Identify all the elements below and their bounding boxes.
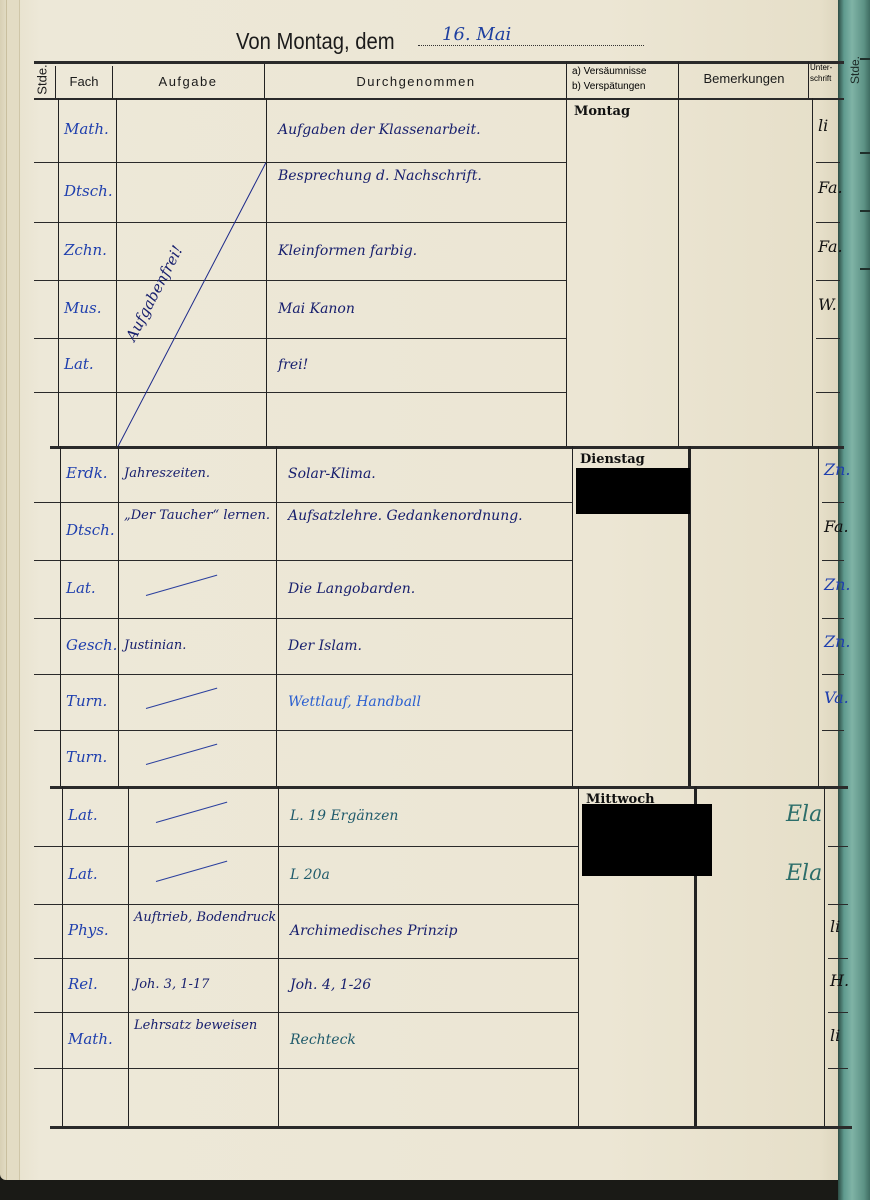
col-header-unterschrift: Unter- schrift	[810, 62, 840, 96]
signature-rule	[816, 280, 840, 281]
row-rule	[34, 846, 578, 847]
row-rule	[34, 674, 572, 675]
signature-rule	[828, 846, 848, 847]
divider	[276, 446, 277, 786]
spine-tick	[860, 152, 870, 154]
day-label-dienstag: Dienstag	[580, 452, 645, 467]
signature-rule	[816, 162, 840, 163]
subject-cell: Phys.	[68, 921, 109, 939]
subject-cell: Rel.	[68, 975, 98, 993]
signature-rule	[822, 674, 844, 675]
divider	[55, 66, 56, 98]
unterschrift-line-2: schrift	[810, 73, 840, 84]
subject-cell: Erdk.	[66, 464, 108, 482]
divider	[62, 786, 63, 1126]
spine-tick	[860, 210, 870, 212]
signature-rule	[828, 1012, 848, 1013]
subject-cell: Dtsch.	[64, 182, 113, 200]
divider	[266, 98, 267, 446]
verspaetungen-label: b) Verspätungen	[572, 79, 672, 94]
divider	[812, 98, 813, 446]
divider	[818, 446, 819, 786]
homework-cell: Joh. 3, 1-17	[134, 975, 278, 995]
subject-cell: Gesch.	[66, 636, 117, 654]
day-label-montag: Montag	[574, 104, 630, 119]
homework-cell: Auftrieb, Bodendruck	[134, 908, 278, 928]
divider	[116, 98, 117, 446]
signature-rule	[828, 1068, 848, 1069]
divider	[128, 786, 129, 1126]
row-rule	[34, 958, 578, 959]
homework-cell: Justinian.	[124, 636, 276, 656]
topic-cell: Aufgaben der Klassenarbeit.	[278, 120, 562, 140]
subject-cell: Lat.	[68, 806, 98, 824]
teacher-signature: Ela	[786, 802, 822, 827]
teacher-signature: li	[818, 116, 828, 135]
divider	[58, 98, 59, 446]
divider	[808, 62, 809, 98]
unterschrift-line-1: Unter-	[810, 62, 840, 73]
divider	[578, 786, 579, 1126]
subject-cell: Lat.	[68, 865, 98, 883]
divider	[278, 786, 279, 1126]
col-header-stunde: Stde.	[35, 60, 50, 100]
teacher-signature: Va.	[824, 688, 849, 707]
topic-cell: L 20a	[290, 865, 574, 885]
signature-rule	[816, 338, 840, 339]
col-header-bemerkungen: Bemerkungen	[680, 64, 808, 92]
divider	[678, 98, 679, 446]
topic-cell: Rechteck	[290, 1030, 574, 1050]
topic-cell: frei!	[278, 355, 562, 375]
subject-cell: Zchn.	[64, 241, 107, 259]
row-rule	[34, 392, 566, 393]
topic-cell: L. 19 Ergänzen	[290, 806, 574, 826]
teacher-signature: li	[830, 917, 840, 936]
row-rule	[34, 904, 578, 905]
subject-cell: Math.	[68, 1030, 113, 1048]
page-title: Von Montag, dem	[236, 28, 395, 58]
homework-cell: „Der Taucher“ lernen.	[124, 506, 276, 526]
signature-rule	[816, 392, 840, 393]
teacher-signature: W.	[818, 295, 837, 314]
signature-rule	[816, 222, 840, 223]
divider	[60, 446, 61, 786]
subject-cell: Turn.	[66, 692, 107, 710]
row-rule	[34, 502, 572, 503]
teacher-signature: Fa.	[818, 237, 843, 256]
topic-cell: Wettlauf, Handball	[288, 692, 568, 712]
subject-cell: Mus.	[64, 299, 102, 317]
header-bottom-rule	[34, 98, 844, 100]
row-rule	[34, 1012, 578, 1013]
subject-cell: Turn.	[66, 748, 107, 766]
divider	[566, 98, 567, 446]
section-rule	[50, 1126, 852, 1129]
topic-cell: Kleinformen farbig.	[278, 241, 562, 261]
teacher-signature: Zn.	[824, 632, 851, 651]
row-rule	[34, 162, 566, 163]
divider	[566, 62, 567, 98]
teacher-signature: Fa.	[818, 178, 843, 197]
redaction-block	[582, 804, 712, 876]
topic-cell: Besprechung d. Nachschrift.	[278, 166, 562, 186]
col-header-versaeumnisse: a) Versäumnisse b) Verspätungen	[572, 64, 672, 98]
row-rule	[34, 618, 572, 619]
signature-rule	[822, 502, 844, 503]
teacher-signature: li	[830, 1026, 840, 1045]
teacher-signature: Fa.	[824, 517, 849, 536]
signature-rule	[822, 560, 844, 561]
redaction-block	[576, 468, 690, 514]
topic-cell: Der Islam.	[288, 636, 568, 656]
divider	[572, 446, 573, 786]
versaeumnisse-label: a) Versäumnisse	[572, 64, 672, 79]
page-edge	[6, 0, 20, 1180]
topic-cell: Die Langobarden.	[288, 579, 568, 599]
divider	[118, 446, 119, 786]
divider	[678, 62, 679, 98]
topic-cell: Solar-Klima.	[288, 464, 568, 484]
signature-rule	[828, 958, 848, 959]
divider	[264, 64, 265, 98]
row-rule	[34, 338, 566, 339]
section-rule	[50, 446, 844, 449]
topic-cell: Mai Kanon	[278, 299, 562, 319]
date-field: 16. Mai	[418, 24, 644, 46]
teacher-signature: H.	[830, 971, 849, 990]
row-rule	[34, 730, 572, 731]
teacher-signature: Ela	[786, 861, 822, 886]
col-header-durchgenommen: Durchgenommen	[266, 64, 566, 98]
subject-cell: Lat.	[64, 355, 94, 373]
subject-cell: Lat.	[66, 579, 96, 597]
row-rule	[34, 1068, 578, 1069]
teacher-signature: Zn.	[824, 575, 851, 594]
row-rule	[34, 560, 572, 561]
section-rule	[50, 786, 848, 789]
col-header-fach: Fach	[56, 64, 112, 98]
row-rule	[34, 280, 566, 281]
subject-cell: Math.	[64, 120, 109, 138]
homework-cell: Lehrsatz beweisen	[134, 1016, 278, 1036]
spine-tick	[860, 58, 870, 60]
signature-rule	[828, 904, 848, 905]
spine-tick	[860, 268, 870, 270]
topic-cell: Joh. 4, 1-26	[290, 975, 574, 995]
signature-rule	[822, 618, 844, 619]
topic-cell: Archimedisches Prinzip	[290, 921, 574, 941]
spine-label: Stde.	[848, 40, 870, 100]
teacher-signature: Zn.	[824, 460, 851, 479]
row-rule	[34, 222, 566, 223]
homework-cell: Jahreszeiten.	[124, 464, 276, 484]
divider	[112, 66, 113, 98]
subject-cell: Dtsch.	[66, 521, 115, 539]
col-header-aufgabe: Aufgabe	[112, 64, 264, 98]
divider	[824, 786, 825, 1126]
topic-cell: Aufsatzlehre. Gedankenordnung.	[288, 506, 568, 526]
signature-rule	[822, 730, 844, 731]
